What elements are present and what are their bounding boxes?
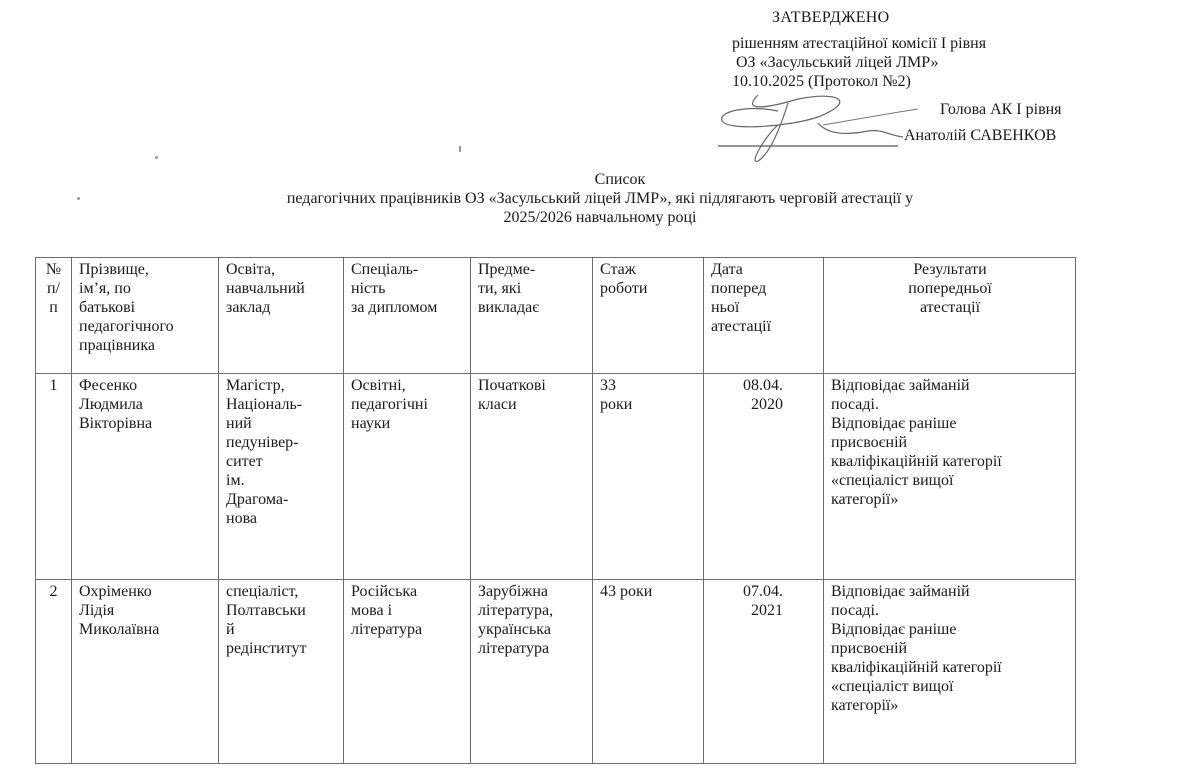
cell-number: 1	[36, 374, 72, 580]
approval-commission: рішенням атестаційної комісії І рівня	[732, 34, 986, 53]
cell-result: Відповідає займаній посаді. Відповідає р…	[824, 374, 1076, 580]
attestation-table: № п/ п Прізвище, ім’я, по батькові педаг…	[35, 257, 1076, 764]
signatory-role: Голова АК І рівня	[940, 100, 1062, 119]
cell-education: спеціаліст, Полтавськи й pедінститут	[219, 580, 344, 764]
cell-specialty: Російська мова і література	[344, 580, 471, 764]
signature-icon	[718, 95, 918, 165]
cell-number: 2	[36, 580, 72, 764]
approval-institution: ОЗ «Засульський ліцей ЛМР»	[736, 53, 938, 72]
table-row: 2 Охріменко Лідія Миколаївна спеціаліст,…	[36, 580, 1076, 764]
cell-subjects: Зарубіжна література, українська літерат…	[471, 580, 593, 764]
scan-speck	[459, 146, 461, 152]
signatory-name: Анатолій САВЕНКОВ	[904, 126, 1056, 145]
column-header-experience: Стаж роботи	[593, 258, 704, 374]
cell-name: Охріменко Лідія Миколаївна	[72, 580, 219, 764]
column-header-subjects: Предме- ти, які викладає	[471, 258, 593, 374]
scan-speck	[77, 197, 80, 200]
column-header-specialty: Спеціаль- ність за дипломом	[344, 258, 471, 374]
cell-name: Фесенко Людмила Вікторівна	[72, 374, 219, 580]
column-header-education: Освіта, навчальний заклад	[219, 258, 344, 374]
document-title: Список	[0, 170, 1200, 189]
cell-previous-date: 08.04. 2020	[704, 374, 824, 580]
cell-experience: 33 роки	[593, 374, 704, 580]
cell-previous-date: 07.04. 2021	[704, 580, 824, 764]
column-header-result: Результати попередньої атестації	[824, 258, 1076, 374]
document-subtitle: педагогічних працівників ОЗ «Засульський…	[0, 189, 1200, 208]
column-header-name: Прізвище, ім’я, по батькові педагогічног…	[72, 258, 219, 374]
cell-experience: 43 роки	[593, 580, 704, 764]
column-header-number: № п/ п	[36, 258, 72, 374]
approval-date-protocol: 10.10.2025 (Протокол №2)	[732, 72, 911, 91]
table-row: 1 Фесенко Людмила Вікторівна Магістр, На…	[36, 374, 1076, 580]
cell-subjects: Початкові класи	[471, 374, 593, 580]
scan-speck	[155, 156, 158, 159]
cell-specialty: Освітні, педагогічні науки	[344, 374, 471, 580]
approval-title: ЗАТВЕРДЖЕНО	[772, 8, 890, 27]
cell-education: Магістр, Національ- ний педунівер- ситет…	[219, 374, 344, 580]
document-title-block: Список педагогічних працівників ОЗ «Засу…	[0, 170, 1200, 227]
cell-result: Відповідає займаній посаді. Відповідає р…	[824, 580, 1076, 764]
table-header-row: № п/ п Прізвище, ім’я, по батькові педаг…	[36, 258, 1076, 374]
document-year: 2025/2026 навчальному році	[0, 208, 1200, 227]
column-header-previous-date: Дата поперед ньої атестації	[704, 258, 824, 374]
